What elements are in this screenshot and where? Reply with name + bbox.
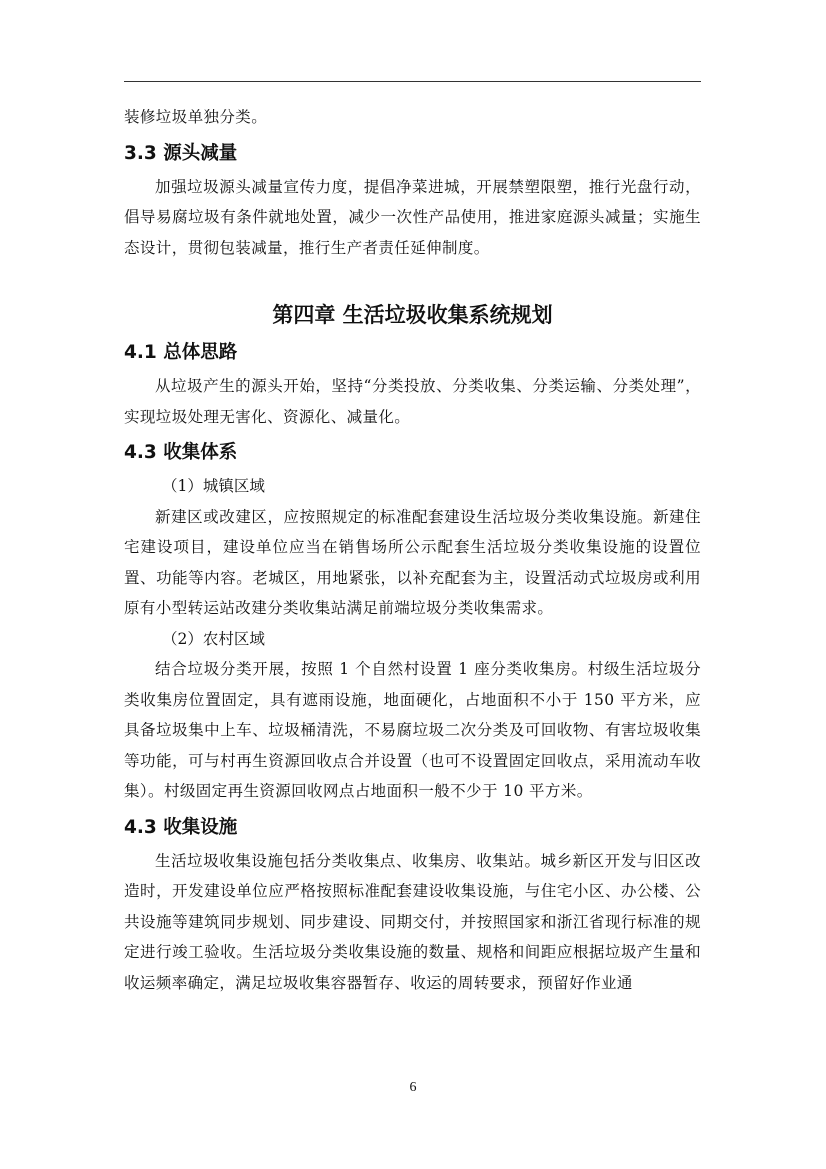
subheading-urban-area: （1）城镇区域 <box>124 471 701 502</box>
section-heading-4-3-facilities: 4.3 收集设施 <box>124 816 701 840</box>
paragraph-overall-approach: 从垃圾产生的源头开始，坚持“分类投放、分类收集、分类运输、分类处理”，实现垃圾处… <box>124 371 701 432</box>
paragraph-facilities: 生活垃圾收集设施包括分类收集点、收集房、收集站。城乡新区开发与旧区改造时，开发建… <box>124 846 701 999</box>
section-heading-3-3: 3.3 源头减量 <box>124 142 701 166</box>
subheading-rural-area: （2）农村区域 <box>124 624 701 655</box>
paragraph-continuation: 装修垃圾单独分类。 <box>124 102 701 133</box>
page-number: 6 <box>0 1080 826 1096</box>
paragraph-source-reduction: 加强垃圾源头减量宣传力度，提倡净菜进城，开展禁塑限塑，推行光盘行动，倡导易腐垃圾… <box>124 172 701 264</box>
header-rule <box>124 81 701 82</box>
section-heading-4-3-system: 4.3 收集体系 <box>124 441 701 465</box>
section-heading-4-1: 4.1 总体思路 <box>124 341 701 365</box>
paragraph-urban-area: 新建区或改建区，应按照规定的标准配套建设生活垃圾分类收集设施。新建住宅建设项目，… <box>124 502 701 624</box>
chapter-title: 第四章 生活垃圾收集系统规划 <box>124 301 701 329</box>
page-content: 装修垃圾单独分类。 3.3 源头减量 加强垃圾源头减量宣传力度，提倡净菜进城，开… <box>124 102 701 998</box>
document-page: 装修垃圾单独分类。 3.3 源头减量 加强垃圾源头减量宣传力度，提倡净菜进城，开… <box>0 0 826 1169</box>
paragraph-rural-area: 结合垃圾分类开展，按照 1 个自然村设置 1 座分类收集房。村级生活垃圾分类收集… <box>124 654 701 807</box>
